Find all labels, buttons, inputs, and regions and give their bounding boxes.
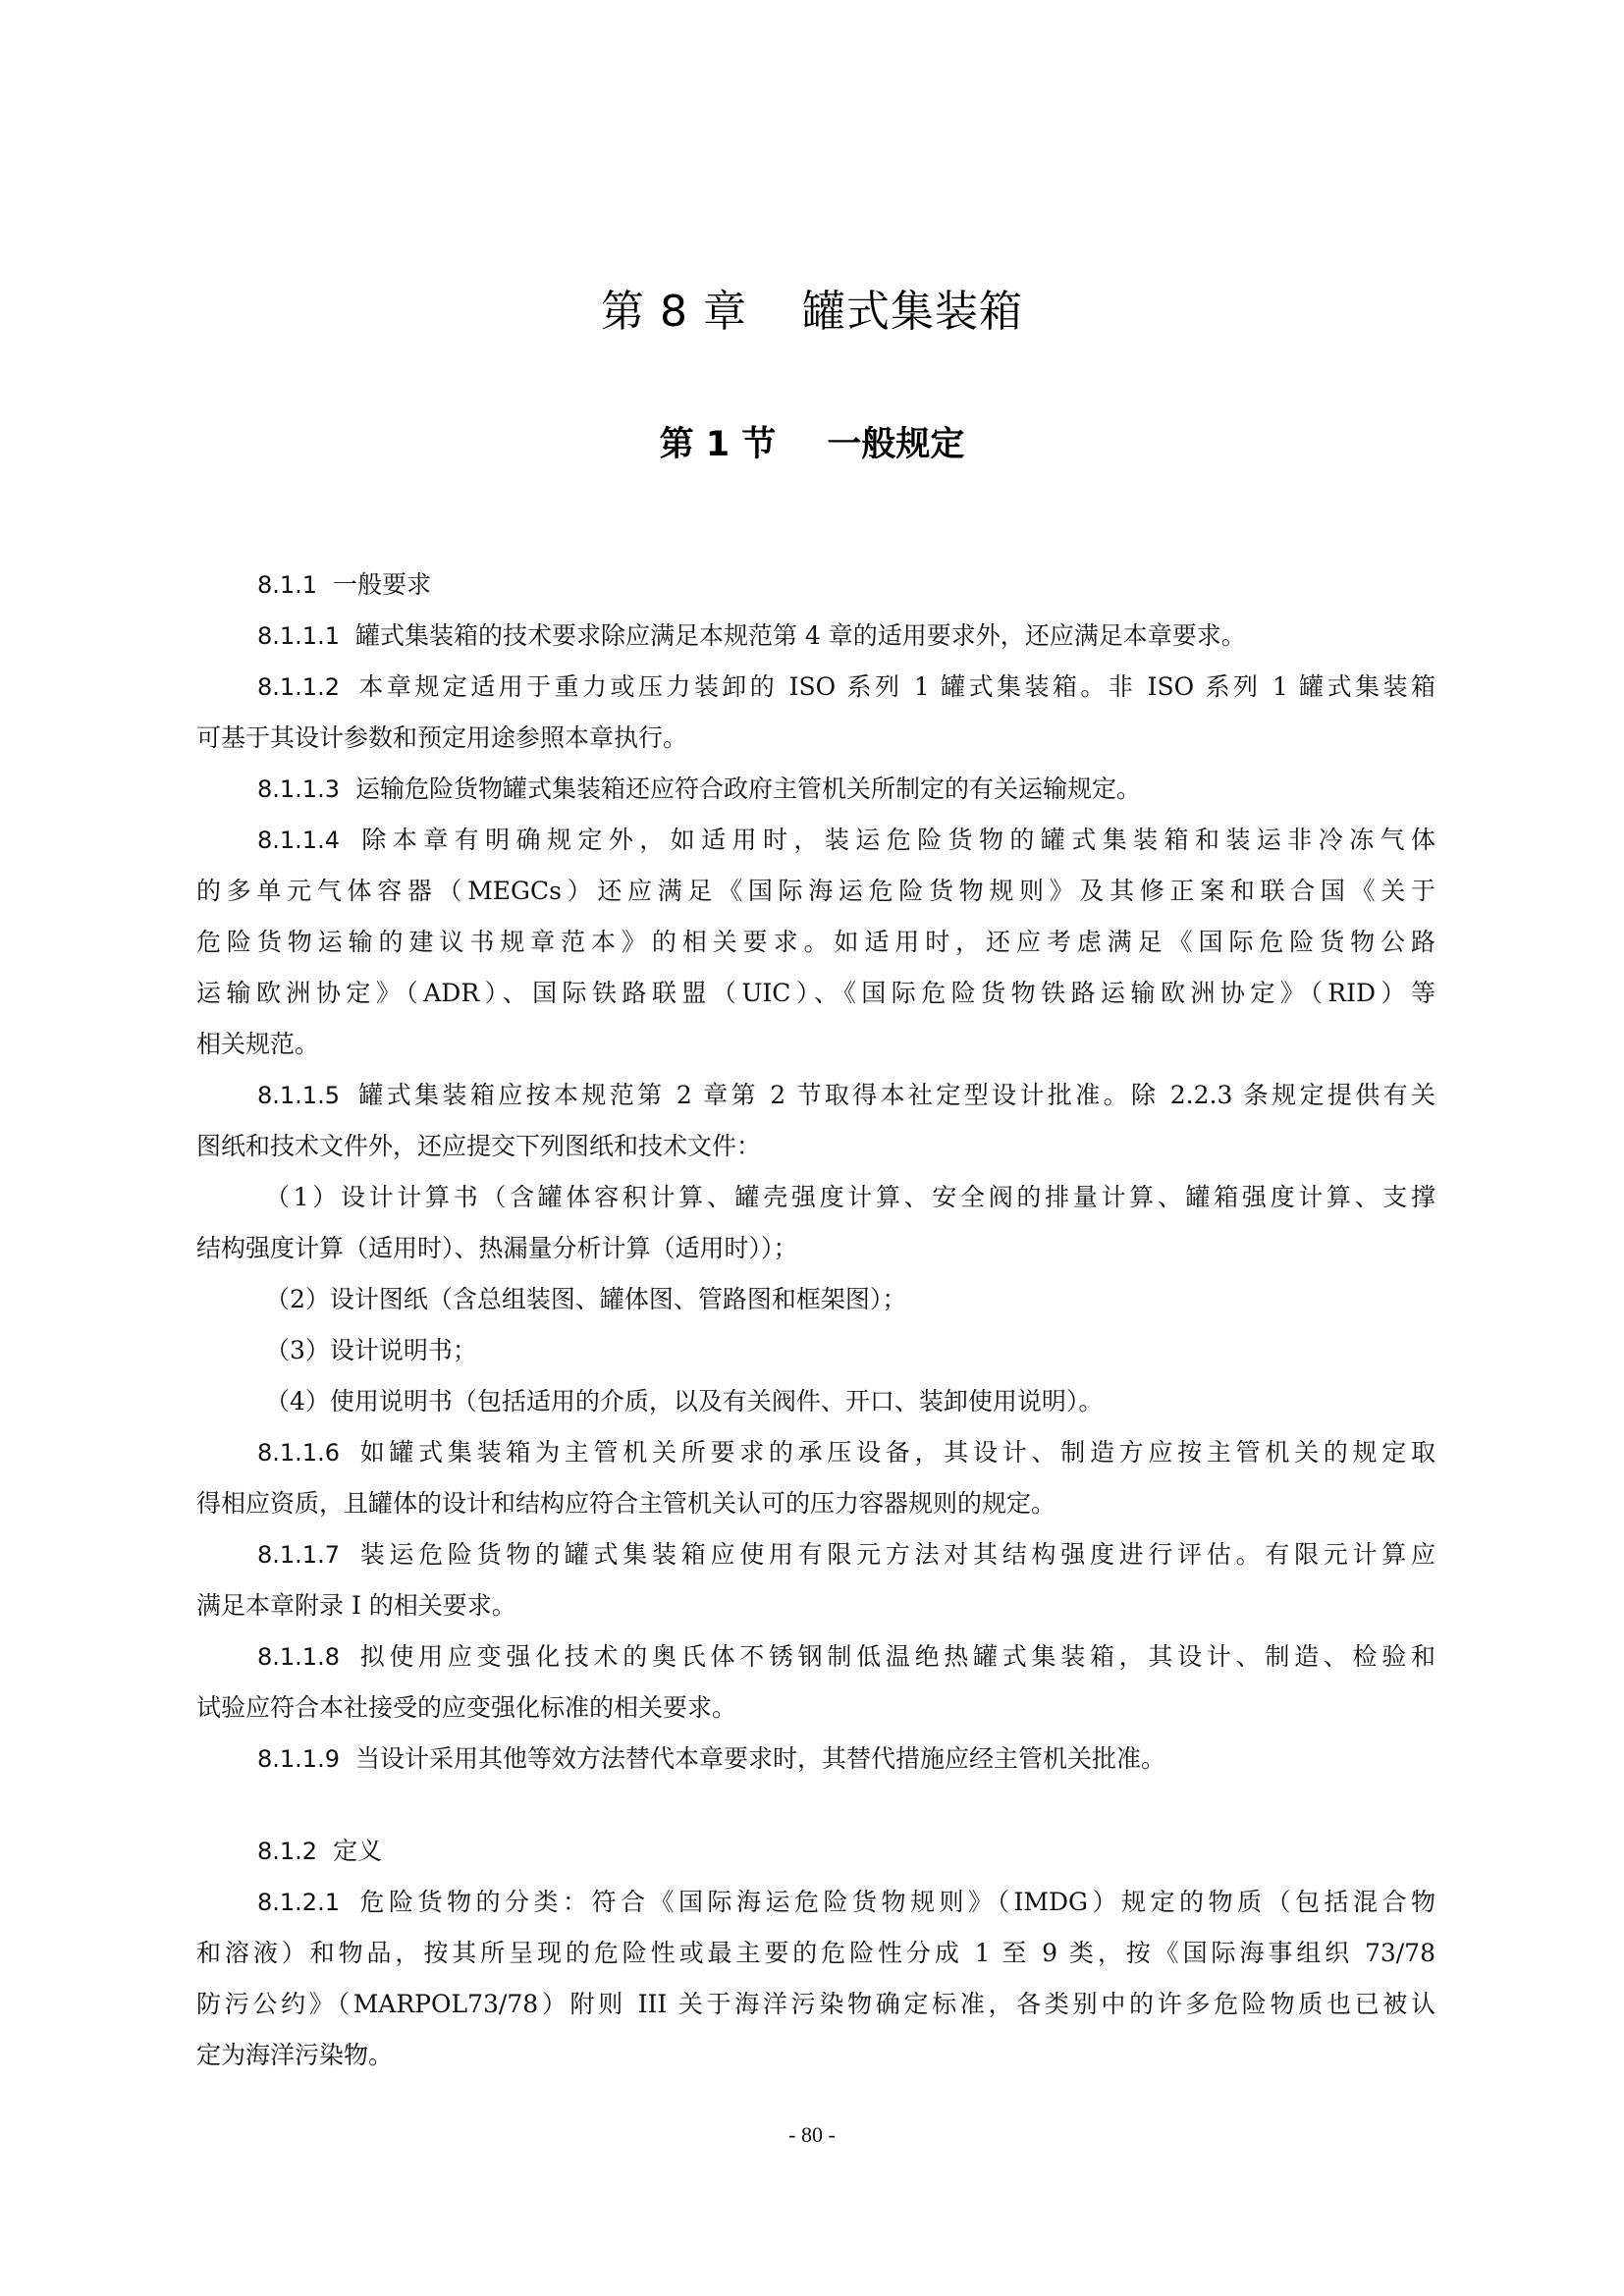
clause-line: 8.1.1.3运输危险货物罐式集装箱还应符合政府主管机关所制定的有关运输规定。 — [257, 764, 1435, 815]
line-text: 罐式集装箱的技术要求除应满足本规范第 4 章的适用要求外，还应满足本章要求。 — [355, 621, 1246, 650]
line-text: 可基于其设计参数和预定用途参照本章执行。 — [196, 723, 687, 752]
page-number: - 80 - — [0, 2120, 1624, 2150]
chapter-name: 罐式集装箱 — [802, 287, 1023, 337]
line-text: 危险货物的分类：符合《国际海运危险货物规则》（IMDG）规定的物质（包括混合物 — [355, 1888, 1435, 1916]
line-text: 得相应资质，且罐体的设计和结构应符合主管机关认可的压力容器规则的规定。 — [196, 1489, 1056, 1518]
clause-number: 8.1.1.9 — [257, 1745, 340, 1773]
clause-line: 8.1.1.1罐式集装箱的技术要求除应满足本规范第 4 章的适用要求外，还应满足… — [257, 611, 1435, 662]
line-text: 一般要求 — [333, 570, 431, 599]
clause-line: 8.1.2.1危险货物的分类：符合《国际海运危险货物规则》（IMDG）规定的物质… — [257, 1877, 1435, 1928]
clause-number: 8.1.1.1 — [257, 622, 340, 650]
clause-line: 8.1.2定义 — [257, 1826, 1435, 1877]
clause-number: 8.1.1.6 — [257, 1439, 340, 1467]
text-line: 试验应符合本社接受的应变强化标准的相关要求。 — [196, 1682, 1435, 1734]
line-text: 运输欧洲协定》（ADR）、国际铁路联盟（UIC）、《国际危险货物铁路运输欧洲协定… — [196, 979, 1435, 1007]
clause-number: 8.1.1 — [257, 571, 317, 599]
line-text: 的多单元气体容器（MEGCs）还应满足《国际海运危险货物规则》及其修正案和联合国… — [196, 877, 1435, 905]
clause-number: 8.1.1.3 — [257, 775, 340, 803]
line-text: 结构强度计算（适用时）、热漏量分析计算（适用时））； — [196, 1234, 798, 1262]
clause-number: 8.1.1.7 — [257, 1541, 340, 1569]
text-line: 得相应资质，且罐体的设计和结构应符合主管机关认可的压力容器规则的规定。 — [196, 1478, 1435, 1529]
clause-number: 8.1.2.1 — [257, 1889, 340, 1916]
text-line: 相关规范。 — [196, 1019, 1435, 1070]
clause-line: 8.1.1.8拟使用应变强化技术的奥氏体不锈钢制低温绝热罐式集装箱，其设计、制造… — [257, 1631, 1435, 1682]
clause-line: 8.1.1.4除本章有明确规定外，如适用时，装运危险货物的罐式集装箱和装运非冷冻… — [257, 815, 1435, 866]
text-line: 定为海洋污染物。 — [196, 2030, 1435, 2081]
text-line: （2）设计图纸（含总组装图、罐体图、管路图和框架图）； — [265, 1274, 1435, 1325]
section-name: 一般规定 — [827, 425, 964, 464]
line-text: 防污公约》（MARPOL73/78）附则 III 关于海洋污染物确定标准，各类别… — [196, 1990, 1435, 2018]
line-text: （2）设计图纸（含总组装图、罐体图、管路图和框架图）； — [265, 1285, 906, 1313]
clause-line: 8.1.1.6如罐式集装箱为主管机关所要求的承压设备，其设计、制造方应按主管机关… — [257, 1427, 1435, 1478]
clause-line: 8.1.1.7装运危险货物的罐式集装箱应使用有限元方法对其结构强度进行评估。有限… — [257, 1529, 1435, 1580]
line-text: 定义 — [333, 1837, 382, 1865]
line-text: 相关规范。 — [196, 1030, 319, 1058]
line-text: 图纸和技术文件外，还应提交下列图纸和技术文件： — [196, 1132, 761, 1160]
text-line: 的多单元气体容器（MEGCs）还应满足《国际海运危险货物规则》及其修正案和联合国… — [196, 866, 1435, 917]
text-line: 结构强度计算（适用时）、热漏量分析计算（适用时））； — [196, 1223, 1435, 1274]
text-line: （1）设计计算书（含罐体容积计算、罐壳强度计算、安全阀的排量计算、罐箱强度计算、… — [265, 1172, 1435, 1223]
line-text: 定为海洋污染物。 — [196, 2041, 393, 2069]
section-title: 第 1 节一般规定 — [0, 420, 1624, 469]
line-text: 本章规定适用于重力或压力装卸的 ISO 系列 1 罐式集装箱。非 ISO 系列 … — [355, 672, 1435, 701]
text-line: 和溶液）和物品，按其所呈现的危险性或最主要的危险性分成 1 至 9 类，按《国际… — [196, 1928, 1435, 1979]
text-line: 图纸和技术文件外，还应提交下列图纸和技术文件： — [196, 1121, 1435, 1172]
clause-number: 8.1.1.8 — [257, 1643, 340, 1671]
document-page: 第 8 章罐式集装箱 第 1 节一般规定 8.1.1一般要求8.1.1.1罐式集… — [0, 0, 1624, 2296]
clause-line: 8.1.1.2本章规定适用于重力或压力装卸的 ISO 系列 1 罐式集装箱。非 … — [257, 662, 1435, 713]
line-text: 危险货物运输的建议书规章范本》的相关要求。如适用时，还应考虑满足《国际危险货物公… — [196, 928, 1435, 956]
clause-line: 8.1.1一般要求 — [257, 560, 1435, 611]
clause-number: 8.1.1.4 — [257, 827, 340, 854]
line-text: （3）设计说明书； — [265, 1336, 477, 1364]
line-text: 罐式集装箱应按本规范第 2 章第 2 节取得本社定型设计批准。除 2.2.3 条… — [355, 1081, 1435, 1109]
line-text: 装运危险货物的罐式集装箱应使用有限元方法对其结构强度进行评估。有限元计算应 — [355, 1540, 1435, 1569]
clause-number: 8.1.2 — [257, 1838, 317, 1865]
line-text: 运输危险货物罐式集装箱还应符合政府主管机关所制定的有关运输规定。 — [355, 774, 1141, 803]
line-text: 如罐式集装箱为主管机关所要求的承压设备，其设计、制造方应按主管机关的规定取 — [355, 1438, 1435, 1467]
line-text: （4）使用说明书（包括适用的介质，以及有关阀件、开口、装卸使用说明）。 — [265, 1387, 1103, 1415]
line-text: （1）设计计算书（含罐体容积计算、罐壳强度计算、安全阀的排量计算、罐箱强度计算、… — [265, 1183, 1435, 1211]
text-line: （4）使用说明书（包括适用的介质，以及有关阀件、开口、装卸使用说明）。 — [265, 1376, 1435, 1427]
line-text: 除本章有明确规定外，如适用时，装运危险货物的罐式集装箱和装运非冷冻气体 — [355, 826, 1435, 854]
section-number: 第 1 节 — [660, 425, 777, 464]
clause-number: 8.1.1.5 — [257, 1082, 340, 1109]
chapter-number: 第 8 章 — [601, 287, 747, 337]
text-line: 运输欧洲协定》（ADR）、国际铁路联盟（UIC）、《国际危险货物铁路运输欧洲协定… — [196, 968, 1435, 1019]
line-text: 满足本章附录 I 的相关要求。 — [196, 1591, 516, 1620]
text-line: 危险货物运输的建议书规章范本》的相关要求。如适用时，还应考虑满足《国际危险货物公… — [196, 917, 1435, 968]
clause-line: 8.1.1.5罐式集装箱应按本规范第 2 章第 2 节取得本社定型设计批准。除 … — [257, 1070, 1435, 1121]
line-text: 拟使用应变强化技术的奥氏体不锈钢制低温绝热罐式集装箱，其设计、制造、检验和 — [355, 1642, 1435, 1671]
clause-number: 8.1.1.2 — [257, 673, 340, 701]
text-line: 满足本章附录 I 的相关要求。 — [196, 1580, 1435, 1631]
line-text: 当设计采用其他等效方法替代本章要求时，其替代措施应经主管机关批准。 — [355, 1744, 1165, 1773]
line-text: 试验应符合本社接受的应变强化标准的相关要求。 — [196, 1693, 736, 1722]
chapter-title: 第 8 章罐式集装箱 — [0, 283, 1624, 342]
clause-line: 8.1.1.9当设计采用其他等效方法替代本章要求时，其替代措施应经主管机关批准。 — [257, 1734, 1435, 1785]
text-line: 防污公约》（MARPOL73/78）附则 III 关于海洋污染物确定标准，各类别… — [196, 1979, 1435, 2030]
line-text: 和溶液）和物品，按其所呈现的危险性或最主要的危险性分成 1 至 9 类，按《国际… — [196, 1939, 1435, 1967]
text-line: 可基于其设计参数和预定用途参照本章执行。 — [196, 713, 1435, 764]
text-line: （3）设计说明书； — [265, 1325, 1435, 1376]
